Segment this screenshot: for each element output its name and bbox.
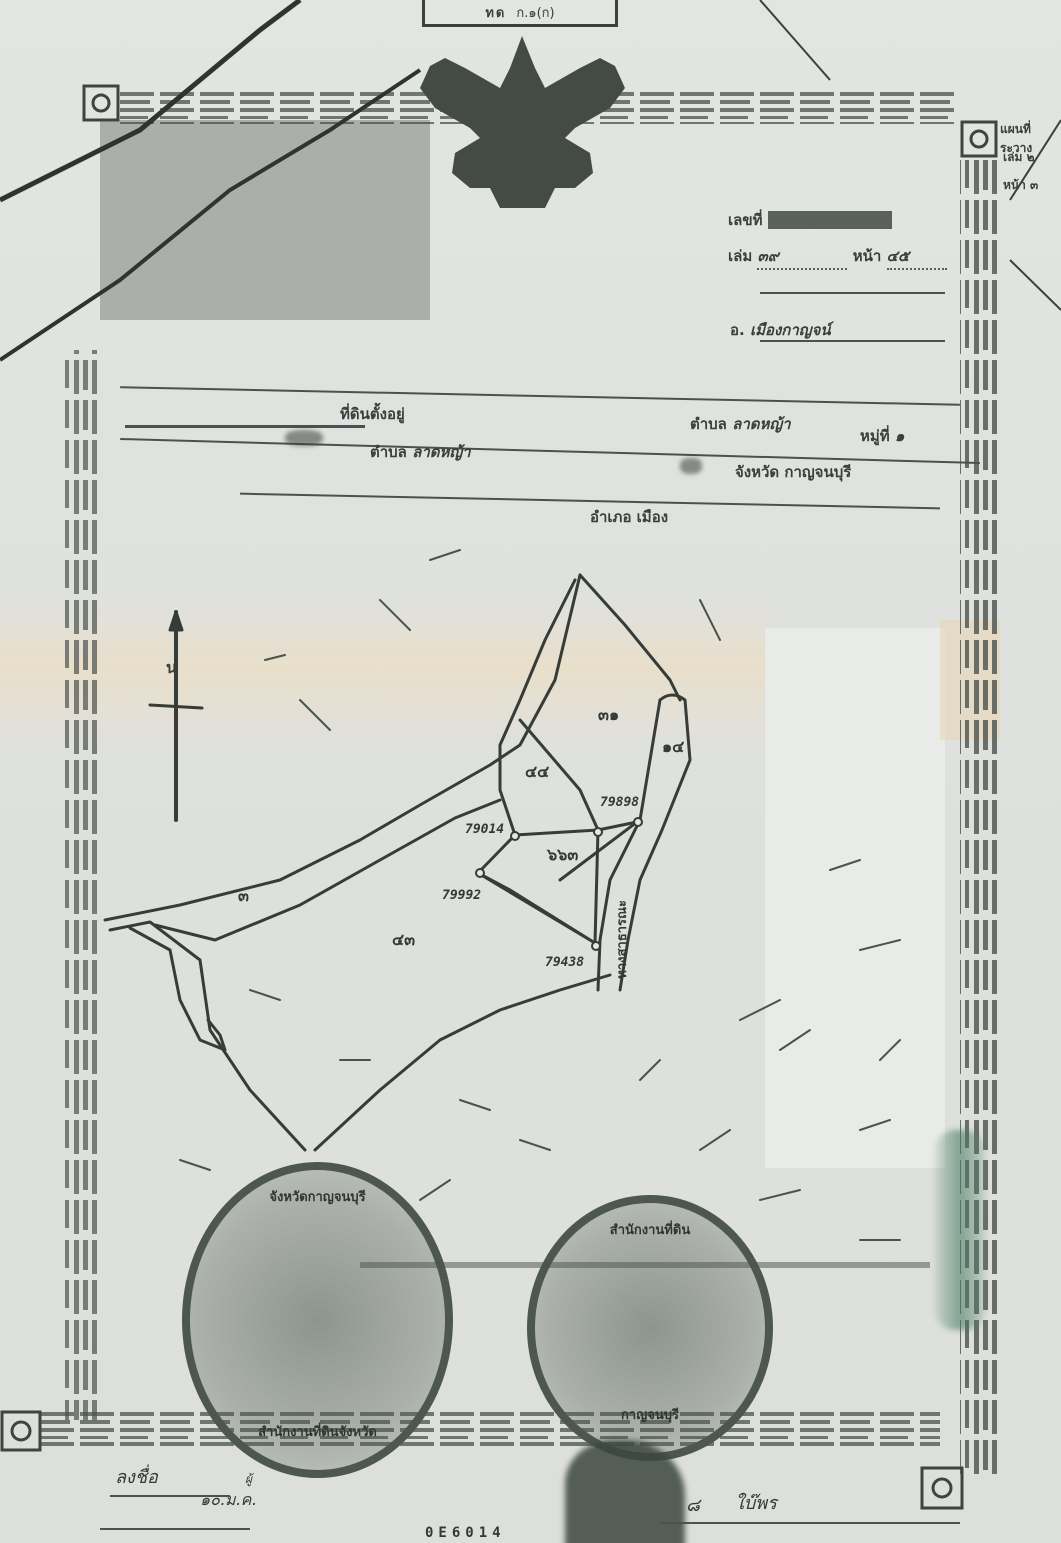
left-signature-date: ๑๐.ม.ค. <box>200 1488 256 1513</box>
parcel-number: ๔๔ <box>525 760 549 785</box>
rule-line <box>100 1528 250 1530</box>
rule-line <box>110 1495 230 1497</box>
survey-point-label: 79014 <box>465 822 504 837</box>
left-official-seal: จังหวัดกาญจนบุรี สำนักงานที่ดินจังหวัด <box>182 1162 453 1478</box>
survey-point-label: 79992 <box>442 888 481 903</box>
ink-smudge <box>565 1440 685 1543</box>
rule-line <box>660 1522 960 1524</box>
north-label: น <box>166 656 177 681</box>
green-ink-smear <box>935 1130 985 1330</box>
left-signature-mark: ผู้ <box>245 1470 252 1489</box>
deed-page: ทด ก.๑(ก) แผนที่ระวาง เล่ม ๒ หน้า ๓ เลขท… <box>0 0 1061 1543</box>
seal-top-text: จังหวัดกาญจนบุรี <box>190 1186 445 1207</box>
road-label-vertical: ทางสาธารณะ <box>612 900 633 979</box>
survey-point-label: 79898 <box>600 795 639 810</box>
right-signature: ใบ๊พร <box>735 1488 777 1517</box>
parcel-number: ๑๔ <box>662 735 684 760</box>
parcel-number: ๓๑ <box>598 703 619 728</box>
serial-number: 0E6014 <box>425 1525 506 1541</box>
north-arrow-icon <box>150 612 202 820</box>
parcel-number: ๓ <box>238 884 249 909</box>
right-official-seal: สำนักงานที่ดิน กาญจนบุรี <box>527 1195 773 1461</box>
parcel-number: ๔๓ <box>392 928 415 953</box>
seal-bottom-text: กาญจนบุรี <box>558 1404 742 1425</box>
seal-bottom-text: สำนักงานที่ดินจังหวัด <box>216 1421 420 1442</box>
right-signature-prefix: ๘ <box>686 1490 700 1519</box>
signature-line <box>360 1262 930 1268</box>
left-signature: ลงชื่อ <box>115 1462 158 1491</box>
survey-point-label: 79438 <box>545 955 584 970</box>
seal-top-text: สำนักงานที่ดิน <box>535 1219 765 1240</box>
parcel-number-highlighted: ๖๖๓ <box>547 843 578 868</box>
